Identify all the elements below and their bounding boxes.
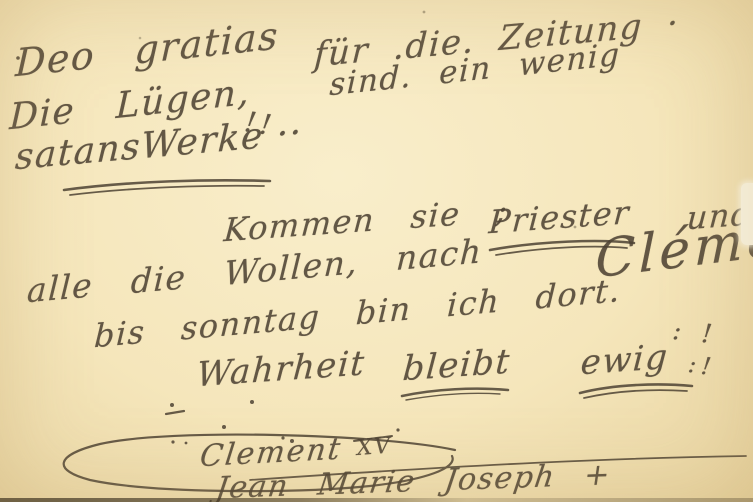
scan-edge-shadow [0,498,753,502]
line7-punctuation: :! [687,352,718,380]
handwritten-letter-scan: Deo gratias für .die. Zeitung · Die Lüge… [0,0,753,502]
underline-satanswerke [64,180,270,195]
signature-numeral-xv: XV [356,436,393,460]
line7-bleibt-underlined: bleibt [402,344,512,386]
page-edge-highlight [741,183,753,245]
underline-ewig [580,384,692,398]
ink-dash [166,411,184,414]
line7-wahrheit: Wahrheit [196,346,367,392]
line6-punctuation: : ! [671,318,719,349]
underline-bleibt [402,389,508,400]
line7-ewig-underlined: ewig [580,340,670,380]
